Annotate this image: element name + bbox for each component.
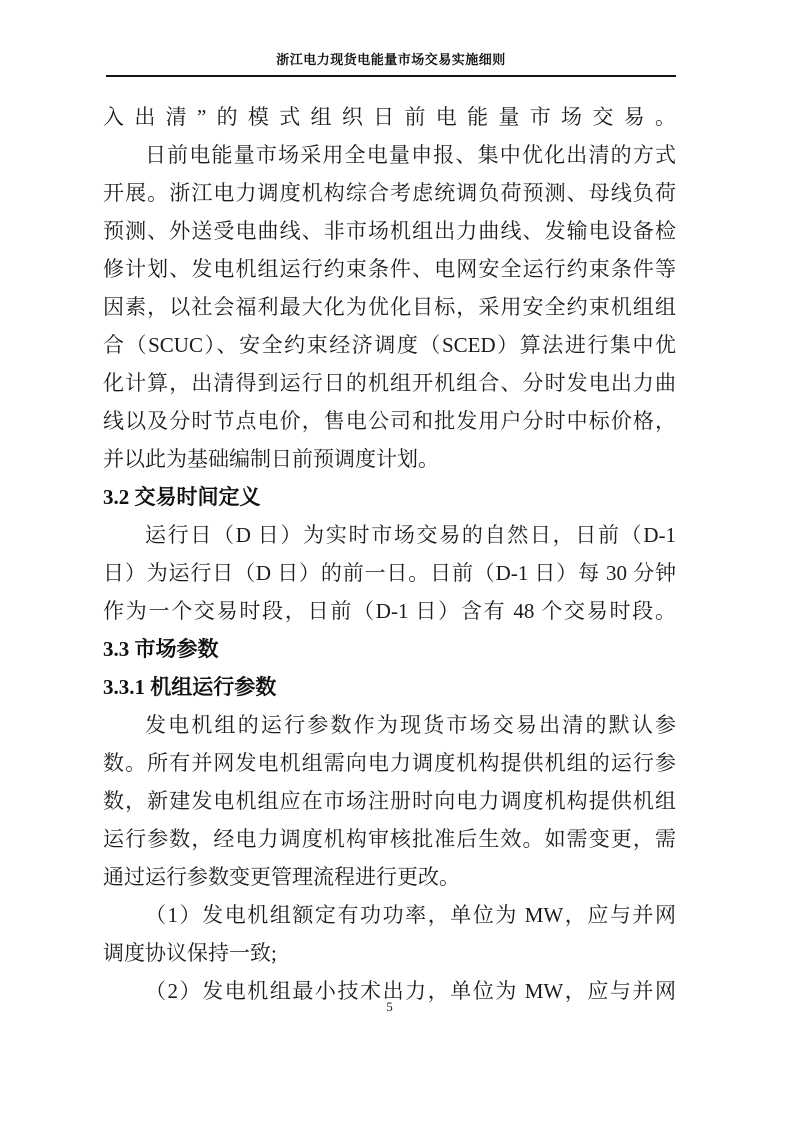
body-text-line: 预测、外送受电曲线、非市场机组出力曲线、发输电设备检 bbox=[103, 212, 676, 250]
body-text-line: 运行参数，经电力调度机构审核批准后生效。如需变更，需 bbox=[103, 820, 676, 858]
document-page: 浙江电力现货电能量市场交易实施细则 入出清”的模式组织日前电能量市场交易。 日前… bbox=[0, 0, 794, 1123]
paragraph-continuation-line: 入出清”的模式组织日前电能量市场交易。 bbox=[103, 98, 676, 136]
page-number: 5 bbox=[386, 999, 393, 1014]
page-footer: 5 bbox=[103, 999, 676, 1014]
body-text-line: 并以此为基础编制日前预调度计划。 bbox=[103, 440, 676, 478]
body-text-line: 通过运行参数变更管理流程进行更改。 bbox=[103, 858, 676, 896]
list-item-1-line: （1）发电机组额定有功功率，单位为 MW，应与并网 bbox=[103, 896, 676, 934]
document-body: 入出清”的模式组织日前电能量市场交易。 日前电能量市场采用全电量申报、集中优化出… bbox=[103, 98, 676, 1010]
body-text-line: 作为一个交易时段，日前（D-1 日）含有 48 个交易时段。 bbox=[103, 592, 676, 630]
body-text-line: 开展。浙江电力调度机构综合考虑统调负荷预测、母线负荷 bbox=[103, 174, 676, 212]
body-text-line: 数，新建发电机组应在市场注册时向电力调度机构提供机组 bbox=[103, 782, 676, 820]
body-text-line: 数。所有并网发电机组需向电力调度机构提供机组的运行参 bbox=[103, 744, 676, 782]
body-text-line: 运行日（D 日）为实时市场交易的自然日，日前（D-1 bbox=[103, 516, 676, 554]
section-heading-3-3-1: 3.3.1 机组运行参数 bbox=[103, 668, 676, 706]
body-text-line: 日前电能量市场采用全电量申报、集中优化出清的方式 bbox=[103, 136, 676, 174]
section-heading-3-3: 3.3 市场参数 bbox=[103, 630, 676, 668]
section-heading-3-2: 3.2 交易时间定义 bbox=[103, 478, 676, 516]
page-header: 浙江电力现货电能量市场交易实施细则 bbox=[106, 49, 676, 77]
body-text-line: 修计划、发电机组运行约束条件、电网安全运行约束条件等 bbox=[103, 250, 676, 288]
body-text-line: 线以及分时节点电价，售电公司和批发用户分时中标价格， bbox=[103, 402, 676, 440]
body-text-line: 化计算，出清得到运行日的机组开机组合、分时发电出力曲 bbox=[103, 364, 676, 402]
body-text-line: 因素，以社会福利最大化为优化目标，采用安全约束机组组 bbox=[103, 288, 676, 326]
body-text-line: 发电机组的运行参数作为现货市场交易出清的默认参 bbox=[103, 706, 676, 744]
body-text-line: 日）为运行日（D 日）的前一日。日前（D-1 日）每 30 分钟 bbox=[103, 554, 676, 592]
running-header-title: 浙江电力现货电能量市场交易实施细则 bbox=[106, 49, 676, 68]
list-item-1-line: 调度协议保持一致; bbox=[103, 934, 676, 972]
body-text-line: 合（SCUC）、安全约束经济调度（SCED）算法进行集中优 bbox=[103, 326, 676, 364]
